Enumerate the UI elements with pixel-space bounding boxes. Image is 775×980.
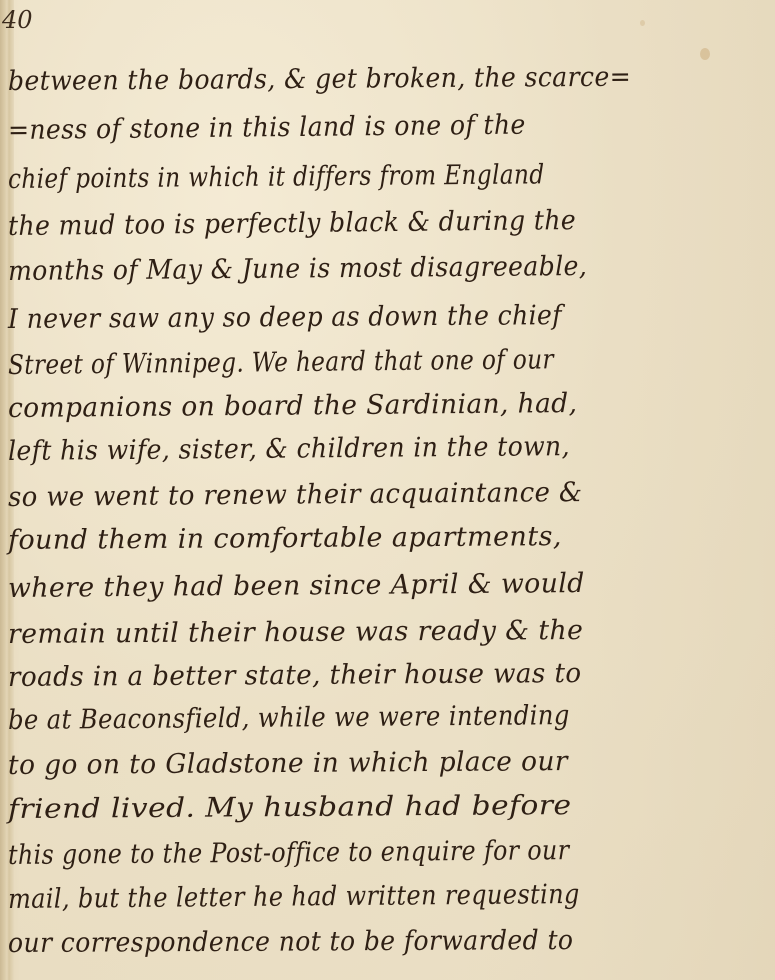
text-line: found them in comfortable apartments, — [8, 512, 769, 565]
text-line: months of May & June is most disagreeabl… — [8, 242, 716, 296]
text-line: mail, but the letter he had written requ… — [8, 870, 686, 924]
manuscript-page: 40 between the boards, & get broken, the… — [0, 0, 775, 980]
text-line: be at Beaconsfield, while we were intend… — [8, 691, 693, 745]
text-line: chief points in which it differs from En… — [8, 150, 663, 204]
text-line: between the boards, & get broken, the sc… — [8, 53, 716, 106]
handwritten-text-body: between the boards, & get broken, the sc… — [0, 0, 775, 980]
text-line: our correspondence not to be forwarded t… — [8, 916, 716, 968]
text-line: =ness of stone in this land is one of th… — [8, 100, 716, 155]
text-line: where they had been since April & would — [8, 558, 762, 613]
